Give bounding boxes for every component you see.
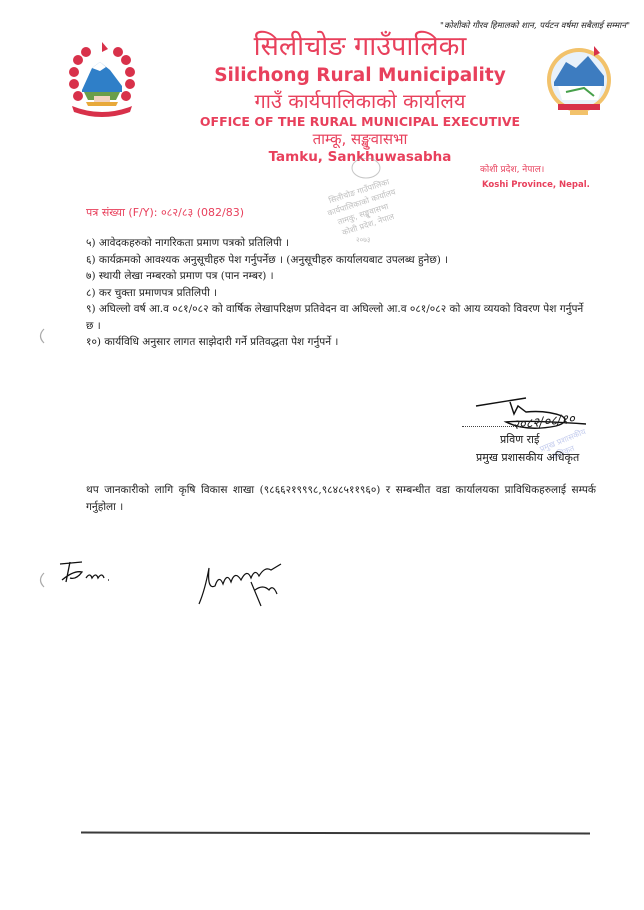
list-item: ६) कार्यक्रमको आवश्यक अनुसूचीहरु पेश गर्… xyxy=(86,252,586,269)
initials-signature-icon xyxy=(56,556,126,590)
signatory-name: प्रविण राई xyxy=(500,432,539,447)
header-motto: "कोशीको गौरव हिमालको शान, पर्यटन वर्षमा … xyxy=(360,20,630,31)
scan-edge-mark xyxy=(36,572,46,588)
list-item: ५) आवेदकहरुको नागरिकता प्रमाण पत्रको प्र… xyxy=(86,235,586,252)
requirements-list: ५) आवेदकहरुको नागरिकता प्रमाण पत्रको प्र… xyxy=(86,235,586,351)
contact-info-paragraph: थप जानकारीको लागि कृषि विकास शाखा (९८६६२… xyxy=(86,482,596,516)
municipality-name-nepali: सिलीचोङ गाउँपालिका xyxy=(150,32,570,62)
address-nepali: ताम्कू, सङ्खुवासभा xyxy=(150,130,570,148)
scan-edge-mark xyxy=(36,328,46,344)
province-english: Koshi Province, Nepal. xyxy=(482,179,602,191)
footer-divider xyxy=(81,832,590,835)
list-item: ७) स्थायी लेखा नम्बरको प्रमाण पत्र (पान … xyxy=(86,268,586,285)
province-nepali: कोशी प्रदेश, नेपाल। xyxy=(480,164,590,176)
signatory-title: प्रमुख प्रशासकीय अधिकृत xyxy=(476,450,579,465)
office-name-english: OFFICE OF THE RURAL MUNICIPAL EXECUTIVE xyxy=(150,114,570,130)
handwritten-signature-icon xyxy=(195,560,290,608)
letter-reference-number: पत्र संख्या (F/Y): ०८२/८३ (082/83) xyxy=(86,205,244,220)
list-item: १०) कार्यविधि अनुसार लागत साझेदारी गर्ने… xyxy=(86,334,586,351)
office-name-nepali: गाउँ कार्यपालिकाको कार्यालय xyxy=(150,89,570,113)
list-item: ९) अघिल्लो वर्ष आ.व ०८१/०८२ को वार्षिक ल… xyxy=(86,301,586,334)
nepal-emblem-icon xyxy=(66,40,138,120)
municipality-name-english: Silichong Rural Municipality xyxy=(150,65,570,87)
list-item: ८) कर चुक्ता प्रमाणपत्र प्रतिलिपी । xyxy=(86,285,586,302)
